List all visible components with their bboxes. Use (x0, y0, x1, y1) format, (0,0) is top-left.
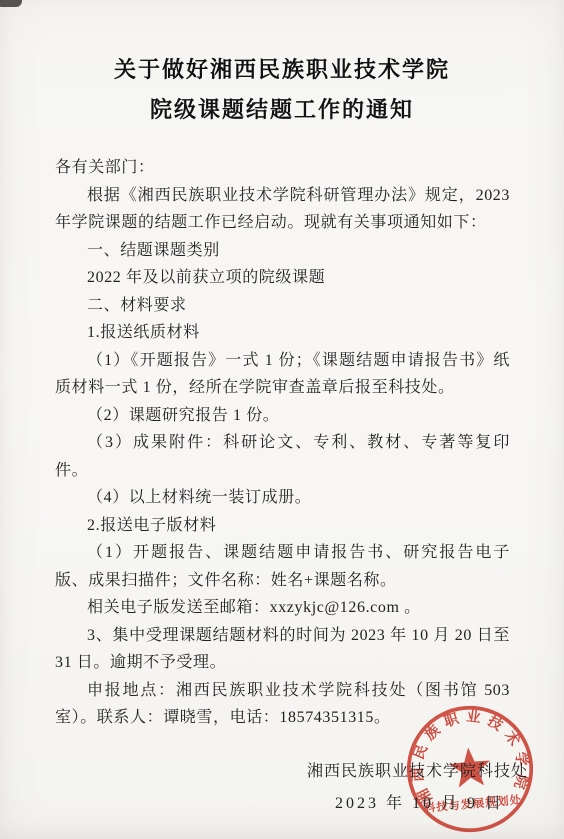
item-paper-3: （3）成果附件：科研论文、专利、教材、专著等复印件。 (55, 429, 510, 484)
heading-section-1: 一、结题课题类别 (55, 237, 510, 265)
item-paper-1: （1）《开题报告》一式 1 份；《课题结题申请报告书》纸质材料一式 1 份，经所… (55, 347, 510, 402)
deadline-line: 3、集中受理课题结题材料的时间为 2023 年 10 月 20 日至 31 日。… (55, 622, 510, 677)
contact-line: 申报地点：湘西民族职业技术学院科技处（图书馆 503 室）。联系人：谭晓雪，电话… (55, 677, 510, 732)
item-electronic-1: （1）开题报告、课题结题申请报告书、研究报告电子版、成果扫描件；文件名称：姓名+… (55, 539, 510, 594)
item-paper-2: （2）课题研究报告 1 份。 (55, 402, 510, 430)
heading-electronic-materials: 2.报送电子版材料 (55, 512, 510, 540)
paragraph-scope: 2022 年及以前获立项的院级课题 (55, 264, 510, 292)
heading-section-2: 二、材料要求 (55, 292, 510, 320)
document-title: 关于做好湘西民族职业技术学院 院级课题结题工作的通知 (0, 50, 564, 130)
scanned-notice-page: 关于做好湘西民族职业技术学院 院级课题结题工作的通知 各有关部门： 根据《湘西民… (0, 0, 564, 839)
scan-artifact-corner (0, 0, 22, 7)
signature-org: 湘西民族职业技术学院科技处 (0, 758, 528, 781)
document-body: 各有关部门： 根据《湘西民族职业技术学院科研管理办法》规定，2023 年学院课题… (55, 154, 510, 732)
salutation: 各有关部门： (55, 154, 510, 182)
email-line: 相关电子版发送至邮箱：xxzykjc@126.com 。 (55, 594, 510, 622)
signature-date: 2023 年 10 月 9 日 (335, 790, 528, 813)
signature-block: 湘西民族职业技术学院科技处 2023 年 10 月 9 日 (0, 758, 564, 813)
item-paper-4: （4）以上材料统一装订成册。 (55, 484, 510, 512)
document-title-line1: 关于做好湘西民族职业技术学院 (0, 50, 564, 90)
paragraph-intro: 根据《湘西民族职业技术学院科研管理办法》规定，2023 年学院课题的结题工作已经… (55, 182, 510, 237)
heading-paper-materials: 1.报送纸质材料 (55, 319, 510, 347)
document-title-line2: 院级课题结题工作的通知 (0, 90, 564, 130)
